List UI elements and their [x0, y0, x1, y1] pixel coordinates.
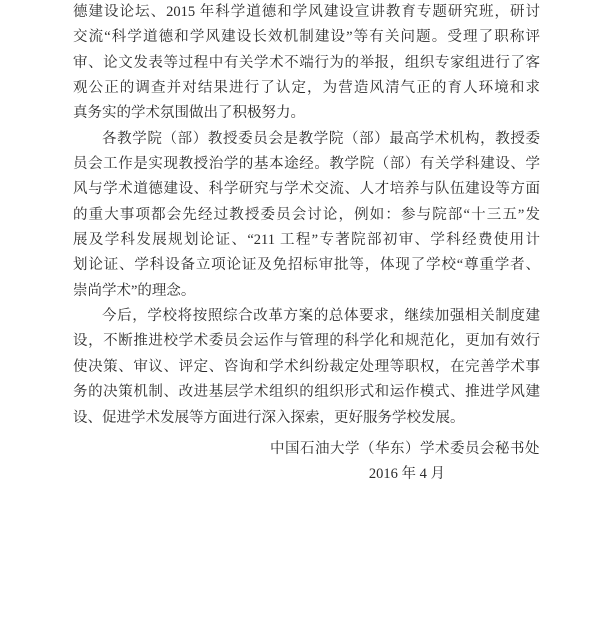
body-line: 使决策、审议、评定、咨询和学术纠纷裁定处理等职权，在完善学术事 — [73, 355, 540, 380]
body-line: 的重大事项都会先经过教授委员会讨论，例如：参与院部“十三五”发 — [73, 203, 540, 228]
document-page: 德建设论坛、2015 年科学道德和学风建设宣讲教育专题研究班，研讨交流“科学道德… — [0, 0, 615, 635]
document-body: 德建设论坛、2015 年科学道德和学风建设宣讲教育专题研究班，研讨交流“科学道德… — [73, 0, 540, 431]
body-line: 审、论文发表等过程中有关学术不端行为的举报，组织专家组进行了客 — [73, 51, 540, 76]
body-line: 展及学科发展规划论证、“211 工程”专著院部初审、学科经费使用计 — [73, 228, 540, 253]
body-line: 划论证、学科设备立项论证及免招标审批等，体现了学校“尊重学者、 — [73, 253, 540, 278]
body-line: 观公正的调查并对结果进行了认定，为营造风清气正的育人环境和求 — [73, 76, 540, 101]
body-line: 设、促进学术发展等方面进行深入探索，更好服务学校发展。 — [73, 406, 540, 431]
signature-block: 中国石油大学（华东）学术委员会秘书处 2016 年 4 月 — [73, 437, 540, 488]
body-line: 员会工作是实现教授治学的基本途经。教学院（部）有关学科建设、学 — [73, 152, 540, 177]
body-line: 交流“科学道德和学风建设长效机制建设”等有关问题。受理了职称评 — [73, 25, 540, 50]
body-line: 真务实的学术氛围做出了积极努力。 — [73, 101, 540, 126]
body-line: 今后，学校将按照综合改革方案的总体要求，继续加强相关制度建 — [73, 304, 540, 329]
body-line: 务的决策机制、改进基层学术组织的组织形式和运作模式、推进学风建 — [73, 380, 540, 405]
body-line: 各教学院（部）教授委员会是教学院（部）最高学术机构，教授委 — [73, 127, 540, 152]
body-line: 崇尚学术”的理念。 — [73, 279, 540, 304]
signature-org: 中国石油大学（华东）学术委员会秘书处 — [73, 437, 540, 462]
body-line: 德建设论坛、2015 年科学道德和学风建设宣讲教育专题研究班，研讨 — [73, 0, 540, 25]
body-line: 风与学术道德建设、科学研究与学术交流、人才培养与队伍建设等方面 — [73, 177, 540, 202]
signature-date: 2016 年 4 月 — [73, 462, 540, 487]
body-line: 设，不断推进校学术委员会运作与管理的科学化和规范化，更加有效行 — [73, 329, 540, 354]
